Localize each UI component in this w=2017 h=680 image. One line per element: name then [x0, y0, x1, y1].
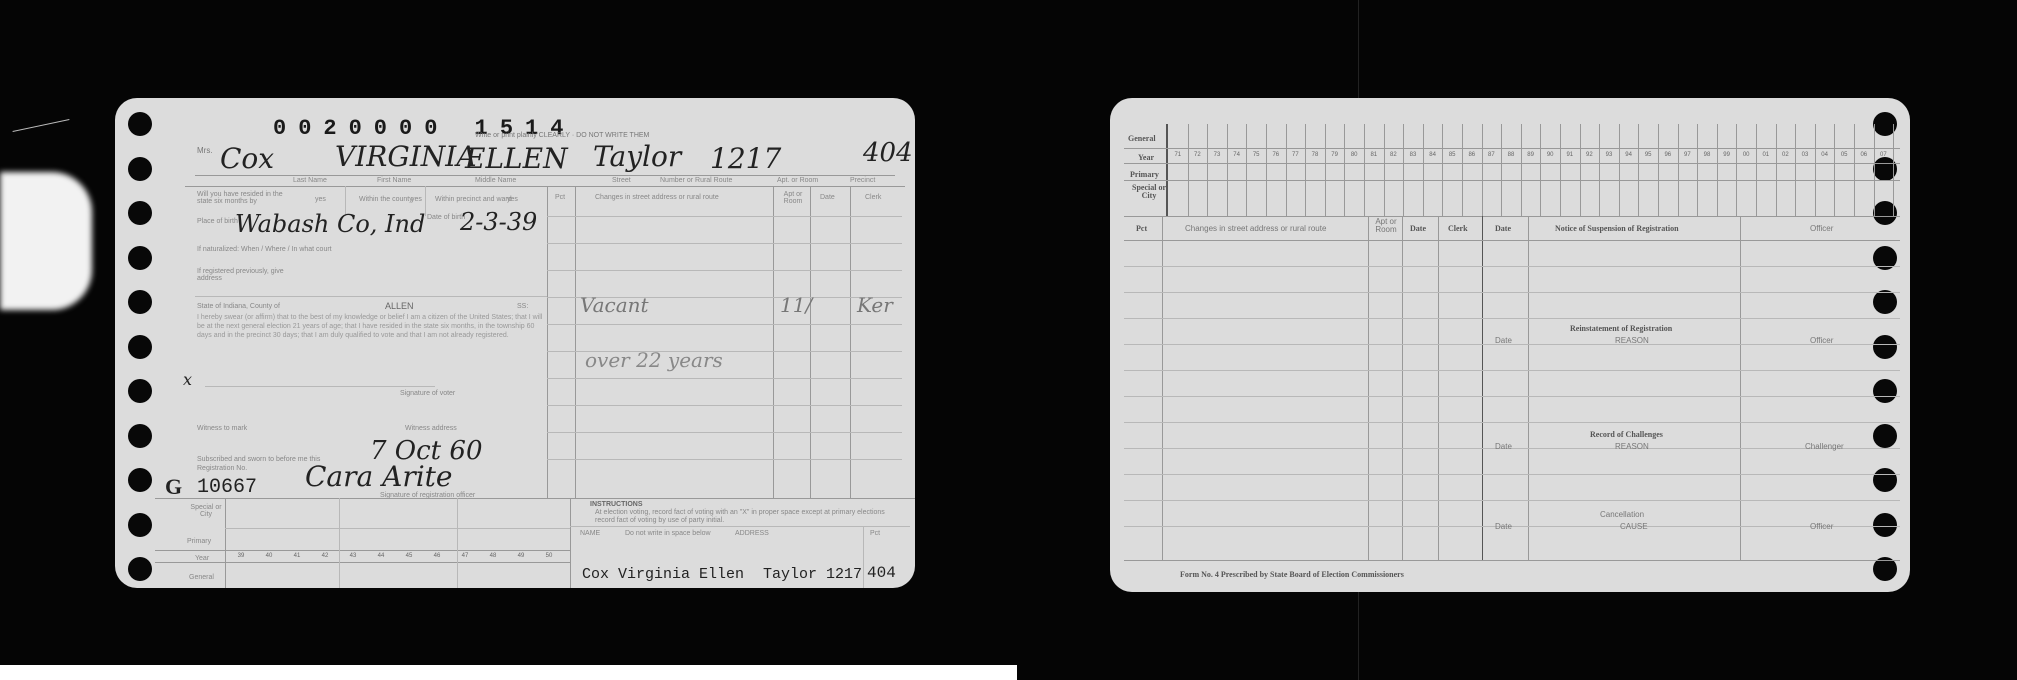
label-witness-address: Witness address	[405, 425, 457, 432]
grid-year-cell: 03	[1795, 152, 1815, 158]
grid-divider	[1678, 124, 1679, 216]
vote-year: 48	[479, 553, 507, 559]
grid-year-cell: 85	[1442, 152, 1462, 158]
reinstatement-title: Reinstatement of Registration	[1570, 324, 1672, 333]
vote-year: 39	[227, 553, 255, 559]
cancellation-title: Cancellation	[1600, 510, 1644, 519]
grid-divider	[1756, 124, 1757, 216]
row-divider	[1124, 526, 1900, 527]
grid-line	[1124, 163, 1900, 164]
oath-text: I hereby swear (or affirm) that to the b…	[197, 313, 547, 340]
grid-year-cell: 94	[1619, 152, 1639, 158]
reinstatement-header-officer: Officer	[1810, 336, 1833, 345]
grid-divider	[1619, 124, 1620, 216]
grid-divider	[570, 498, 571, 588]
county-value: ALLEN	[385, 301, 414, 311]
label-apt-room: Apt. or Room	[777, 177, 818, 184]
grid-line	[1124, 180, 1900, 181]
cancellation-header-officer: Officer	[1810, 522, 1833, 531]
row-divider	[547, 459, 902, 460]
vote-row-year: Year	[195, 555, 209, 562]
grid-year-cell: 72	[1188, 152, 1208, 158]
grid-line	[1124, 148, 1900, 149]
grid-year-cell: 04	[1815, 152, 1835, 158]
grid-divider	[1736, 124, 1737, 216]
row-divider	[547, 405, 902, 406]
grid-year-cell: 06	[1854, 152, 1874, 158]
grid-divider	[1893, 124, 1894, 216]
vote-row-primary: Primary	[187, 538, 211, 545]
column-divider	[1368, 216, 1369, 561]
row-divider	[547, 378, 902, 379]
signature-mark-x: x	[183, 370, 192, 389]
row-divider	[570, 526, 910, 527]
registration-number: 10667	[197, 476, 257, 499]
label-first-name: First Name	[377, 177, 411, 184]
row-divider	[547, 270, 902, 271]
punch-hole-icon	[1873, 290, 1897, 314]
grid-year-cell: 98	[1697, 152, 1717, 158]
middle-name-value: ELLEN	[465, 142, 568, 175]
grid-divider	[1188, 124, 1189, 216]
punch-hole-icon	[1873, 513, 1897, 537]
punch-hole-icon	[128, 246, 152, 270]
row-divider	[1124, 396, 1900, 397]
grid-row-special: Special or City	[1130, 184, 1168, 200]
grid-divider	[1442, 124, 1443, 216]
row-divider	[1124, 266, 1900, 267]
vote-year: 46	[423, 553, 451, 559]
birth-date-value: 2-3-39	[460, 208, 537, 236]
label-number: Number or Rural Route	[660, 177, 732, 184]
residence-answer-precinct: yes	[507, 196, 518, 203]
punch-holes	[128, 112, 152, 588]
grid-year-cell: 80	[1344, 152, 1364, 158]
footer-label-do-not-write: Do not write in space below	[625, 530, 711, 537]
grid-year-cell: 05	[1834, 152, 1854, 158]
challenges-header-date: Date	[1495, 442, 1512, 451]
suspension-header-officer: Officer	[1810, 224, 1833, 233]
col-header-pct: Pct	[1136, 224, 1147, 233]
label-street: Street	[612, 177, 631, 184]
col-header-changes: Changes in street address or rural route	[595, 194, 719, 201]
label-precinct: Precinct	[850, 177, 875, 184]
grid-divider	[1384, 124, 1385, 216]
label-naturalized: If naturalized: When / Where / In what c…	[197, 246, 332, 253]
grid-year-cell: 99	[1717, 152, 1737, 158]
cancellation-header-cause: CAUSE	[1620, 522, 1648, 531]
punch-hole-icon	[128, 424, 152, 448]
grid-divider	[1266, 124, 1267, 216]
typed-address: Taylor 1217	[763, 566, 862, 583]
punch-hole-icon	[1873, 424, 1897, 448]
challenges-title: Record of Challenges	[1590, 430, 1663, 439]
header-instruction: Write or print plainly CLEARLY · DO NOT …	[475, 132, 649, 139]
vote-year: 50	[535, 553, 563, 559]
grid-divider	[1227, 124, 1228, 216]
label-registration-no: Registration No.	[197, 465, 247, 472]
vote-year: 41	[283, 553, 311, 559]
grid-year-cell: 73	[1207, 152, 1227, 158]
grid-divider	[1246, 124, 1247, 216]
grid-divider	[1462, 124, 1463, 216]
column-divider	[1438, 216, 1439, 561]
grid-divider	[1344, 124, 1345, 216]
grid-year-cell: 89	[1521, 152, 1541, 158]
residence-answer-state: yes	[315, 196, 326, 203]
punch-hole-icon	[128, 112, 152, 136]
residence-question-county: Within the county	[359, 196, 413, 203]
footer-label-address: ADDRESS	[735, 530, 769, 537]
column-divider	[773, 186, 774, 498]
row-divider	[1124, 370, 1900, 371]
row-divider	[1124, 344, 1900, 345]
grid-year-cell: 00	[1736, 152, 1756, 158]
row-divider	[1124, 474, 1900, 475]
grid-year-cell: 71	[1168, 152, 1188, 158]
title-prefix: Mrs.	[197, 146, 213, 155]
film-edge-strip	[0, 665, 1017, 680]
grid-divider	[1423, 124, 1424, 216]
grid-year-cell: 82	[1384, 152, 1404, 158]
col-header-clerk: Clerk	[1448, 224, 1468, 233]
column-divider	[1482, 216, 1483, 561]
grid-year-cell: 92	[1580, 152, 1600, 158]
column-divider	[1528, 216, 1529, 561]
grid-line	[1124, 216, 1900, 217]
punch-hole-icon	[1873, 468, 1897, 492]
grid-year-cell: 79	[1325, 152, 1345, 158]
signature-line	[205, 386, 435, 387]
street-value: Taylor	[593, 140, 681, 173]
light-glare	[0, 172, 92, 310]
grid-year-cell: 76	[1266, 152, 1286, 158]
instructions-text: At election voting, record fact of votin…	[595, 509, 905, 525]
grid-row-primary: Primary	[1130, 170, 1159, 179]
grid-year-cell: 95	[1638, 152, 1658, 158]
col-header-date: Date	[820, 194, 835, 201]
grid-year-cell: 81	[1364, 152, 1384, 158]
punch-hole-icon	[128, 201, 152, 225]
column-divider	[863, 526, 864, 588]
row-divider	[195, 296, 547, 297]
film-scratch	[13, 119, 70, 132]
label-signature: Signature of voter	[400, 390, 455, 397]
col-header-date: Date	[1410, 224, 1426, 233]
row-divider	[155, 498, 915, 499]
grid-year-cell: 91	[1560, 152, 1580, 158]
birthplace-value: Wabash Co, Ind	[235, 210, 425, 238]
county-suffix: SS:	[517, 303, 528, 310]
reinstatement-header-date: Date	[1495, 336, 1512, 345]
label-state-county: State of Indiana, County of	[197, 303, 280, 310]
grid-divider	[1599, 124, 1600, 216]
row-divider	[547, 243, 902, 244]
grid-year-cell: 97	[1678, 152, 1698, 158]
row-divider	[547, 432, 902, 433]
grid-year-cell: 74	[1227, 152, 1247, 158]
grid-row-year: Year	[1138, 153, 1154, 162]
column-divider	[547, 186, 548, 498]
grid-divider	[1207, 124, 1208, 216]
grid-divider	[1364, 124, 1365, 216]
vote-year: 45	[395, 553, 423, 559]
grid-year-cell: 02	[1776, 152, 1796, 158]
grid-divider	[1638, 124, 1639, 216]
vote-row-general: General	[189, 574, 214, 581]
col-header-pct: Pct	[555, 194, 565, 201]
row-divider	[1124, 292, 1900, 293]
grid-year-cell: 77	[1286, 152, 1306, 158]
grid-divider	[1834, 124, 1835, 216]
precinct-handwritten: 404	[863, 138, 913, 168]
label-subscribed: Subscribed and sworn to before me this	[197, 456, 320, 463]
grid-divider	[1540, 124, 1541, 216]
col-header-clerk: Clerk	[865, 194, 881, 201]
grid-year-cell: 93	[1599, 152, 1619, 158]
grid-divider	[339, 498, 340, 588]
registration-card-front: 0020000 1514 Write or print plainly CLEA…	[115, 98, 915, 588]
grid-line	[225, 528, 570, 529]
grid-divider	[1501, 124, 1502, 216]
grid-divider	[1854, 124, 1855, 216]
registration-card-back: General Year Primary Special or City Pct…	[1110, 98, 1910, 592]
grid-year-cell: 90	[1540, 152, 1560, 158]
footer-label-pct: Pct	[870, 530, 880, 537]
residence-question-precinct: Within precinct and ward	[435, 196, 512, 203]
punch-hole-icon	[128, 379, 152, 403]
punch-hole-icon	[128, 557, 152, 581]
col-header-apt: Apt or Room	[1370, 218, 1402, 234]
reinstatement-header-reason: REASON	[1615, 336, 1649, 345]
grid-divider	[1580, 124, 1581, 216]
punch-hole-icon	[1873, 335, 1897, 359]
punch-hole-icon	[1873, 379, 1897, 403]
challenges-header-reason: REASON	[1615, 442, 1649, 451]
grid-year-cell: 07	[1874, 152, 1894, 158]
punch-hole-icon	[128, 157, 152, 181]
row-divider	[185, 186, 905, 187]
typed-precinct: 404	[867, 564, 896, 582]
grid-year-cell: 87	[1482, 152, 1502, 158]
vote-year: 47	[451, 553, 479, 559]
column-divider	[1740, 216, 1741, 561]
column-divider	[850, 186, 851, 498]
row-divider	[1124, 318, 1900, 319]
change-entry-1-date: 11/	[780, 293, 812, 317]
instructions-title: INSTRUCTIONS	[590, 501, 643, 508]
first-name-value: VIRGINIA	[335, 140, 477, 173]
grid-divider	[1560, 124, 1561, 216]
grid-line	[155, 562, 570, 563]
row-divider	[547, 216, 902, 217]
residence-answer-county: yes	[411, 196, 422, 203]
change-entry-1-clerk: Ker	[857, 293, 893, 317]
grid-divider	[1795, 124, 1796, 216]
row-divider	[1124, 422, 1900, 423]
row-divider	[547, 324, 902, 325]
row-divider	[1124, 448, 1900, 449]
grid-divider	[1286, 124, 1287, 216]
grid-divider	[1521, 124, 1522, 216]
grid-line	[155, 550, 570, 551]
label-birthplace: Place of birth	[197, 218, 238, 225]
column-divider	[575, 186, 576, 498]
grid-divider	[1874, 124, 1875, 216]
grid-divider	[1776, 124, 1777, 216]
grid-row-general: General	[1128, 134, 1156, 143]
vote-year: 42	[311, 553, 339, 559]
change-entry-1: Vacant	[580, 293, 649, 317]
label-middle-name: Middle Name	[475, 177, 516, 184]
residence-question-state: Will you have resided in the state six m…	[197, 191, 287, 205]
column-divider	[1162, 216, 1163, 561]
vote-year: 43	[339, 553, 367, 559]
typed-name: Cox Virginia Ellen	[582, 566, 744, 583]
col-header-changes: Changes in street address or rural route	[1185, 224, 1326, 233]
registrar-signature: Cara Arite	[305, 460, 452, 493]
column-divider	[810, 186, 811, 498]
vote-year: 40	[255, 553, 283, 559]
grid-year-cell: 78	[1305, 152, 1325, 158]
grid-divider	[1697, 124, 1698, 216]
vote-year: 44	[367, 553, 395, 559]
grid-divider	[1403, 124, 1404, 216]
prefix-letter: G	[165, 474, 182, 500]
vote-row-special: Special or City	[190, 504, 222, 518]
change-entry-2: over 22 years	[585, 348, 723, 372]
label-former-address: If registered previously, give address	[197, 268, 287, 282]
grid-year-cell: 86	[1462, 152, 1482, 158]
grid-divider	[1815, 124, 1816, 216]
name-underline	[195, 175, 895, 176]
grid-divider	[1658, 124, 1659, 216]
grid-year-cell: 01	[1756, 152, 1776, 158]
suspension-header-date: Date	[1495, 224, 1511, 233]
punch-hole-icon	[128, 468, 152, 492]
row-divider	[1124, 500, 1900, 501]
grid-divider	[1166, 124, 1168, 216]
footer-label-name: NAME	[580, 530, 600, 537]
punch-hole-icon	[128, 290, 152, 314]
last-name-value: Cox	[220, 142, 274, 175]
column-divider	[1402, 216, 1403, 561]
form-footer: Form No. 4 Prescribed by State Board of …	[1180, 570, 1404, 579]
house-number-value: 1217	[710, 142, 781, 175]
punch-hole-icon	[128, 513, 152, 537]
challenges-header-challenger: Challenger	[1805, 442, 1844, 451]
grid-divider	[457, 498, 458, 588]
suspension-header-title: Notice of Suspension of Registration	[1555, 224, 1679, 233]
grid-year-cell: 96	[1658, 152, 1678, 158]
grid-divider	[1305, 124, 1306, 216]
grid-divider	[1325, 124, 1326, 216]
row-divider	[1124, 240, 1900, 241]
row-divider	[1124, 560, 1900, 561]
label-last-name: Last Name	[293, 177, 327, 184]
vote-year: 49	[507, 553, 535, 559]
punch-hole-icon	[128, 335, 152, 359]
grid-year-cell: 75	[1246, 152, 1266, 158]
grid-year-cell: 84	[1423, 152, 1443, 158]
grid-year-cell: 88	[1501, 152, 1521, 158]
grid-divider	[1717, 124, 1718, 216]
grid-divider	[1482, 124, 1483, 216]
col-header-apt: Apt or Room	[779, 191, 807, 205]
cancellation-header-date: Date	[1495, 522, 1512, 531]
grid-year-cell: 83	[1403, 152, 1423, 158]
grid-divider	[225, 498, 226, 588]
label-witness: Witness to mark	[197, 425, 247, 432]
